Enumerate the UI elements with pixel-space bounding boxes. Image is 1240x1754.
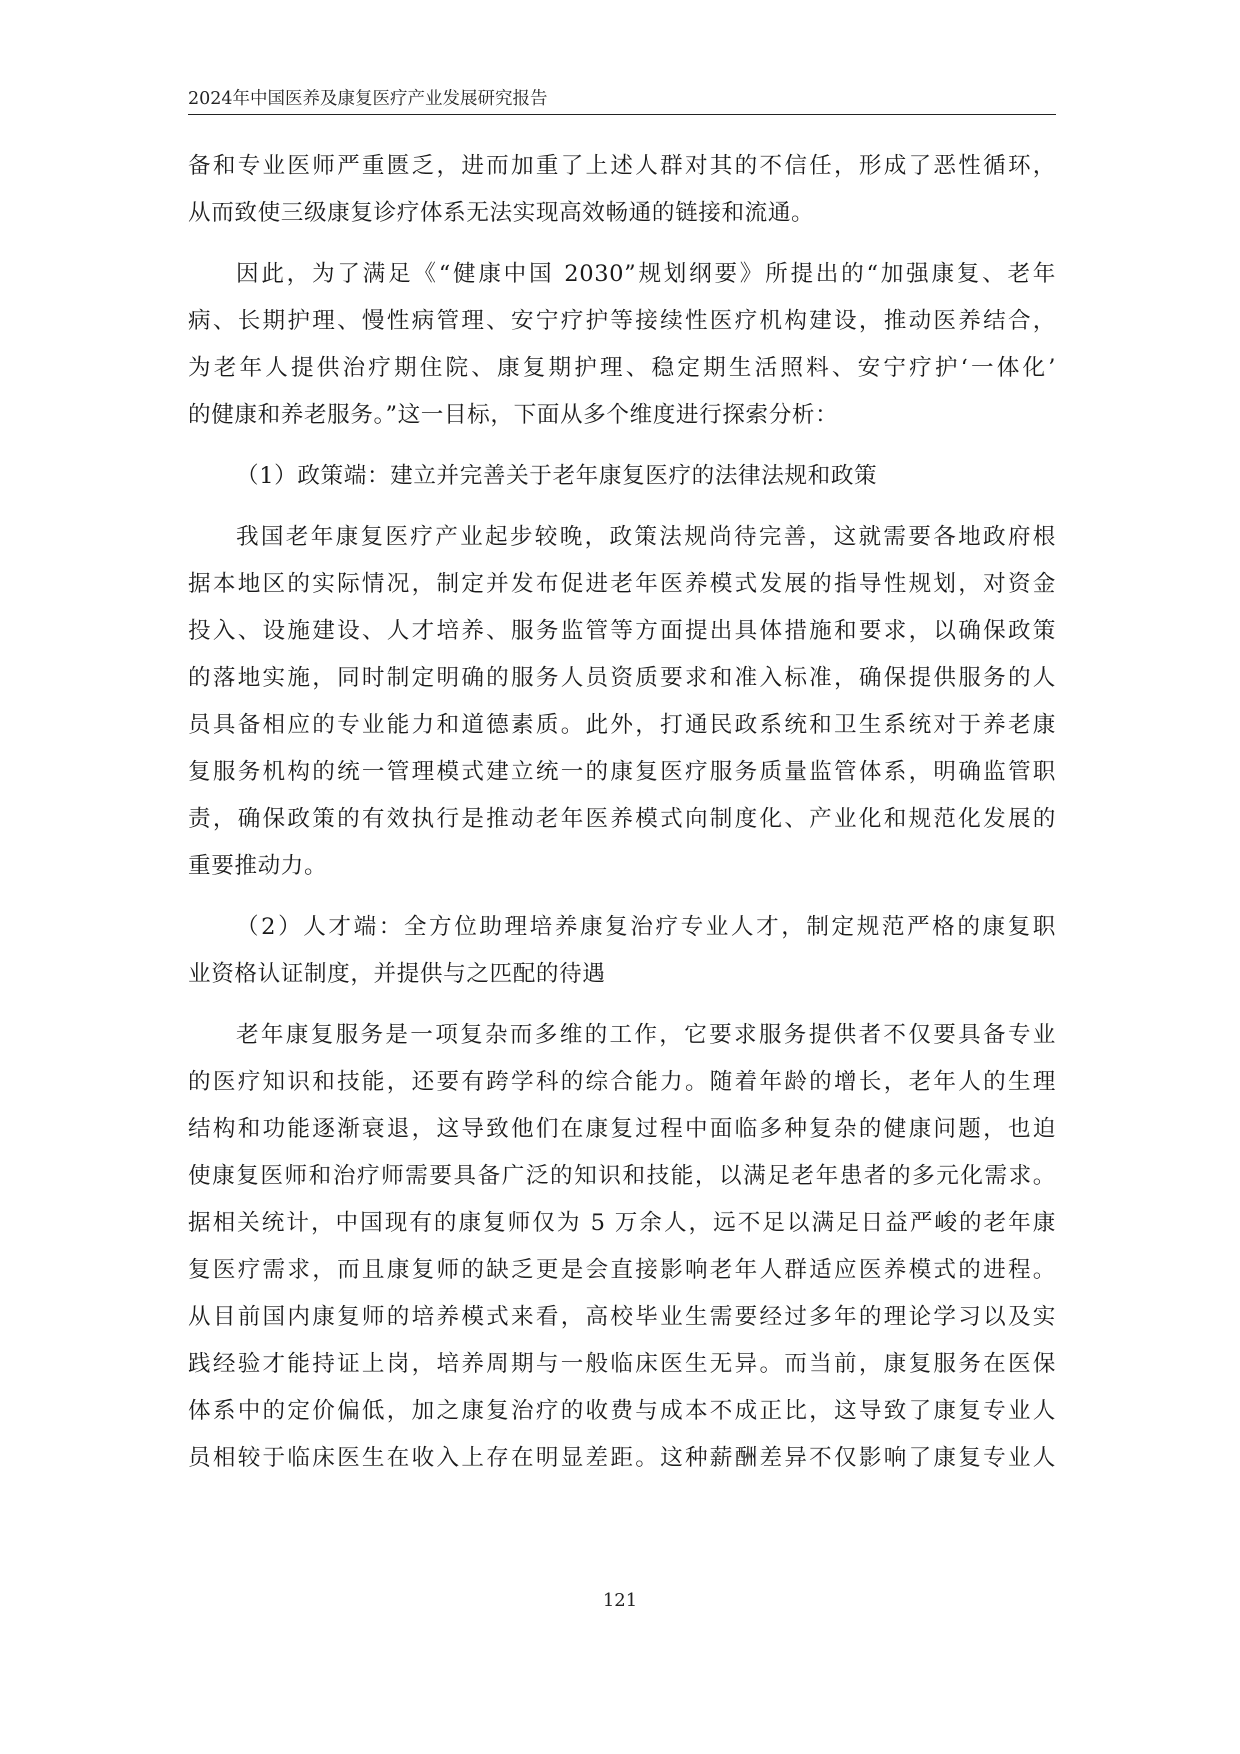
- text-line: 践经验才能持证上岗，培养周期与一般临床医生无异。而当前，康复服务在医保: [188, 1344, 1056, 1391]
- text-line: 使康复医师和治疗师需要具备广泛的知识和技能，以满足老年患者的多元化需求。: [188, 1156, 1056, 1203]
- text-line: 的落地实施，同时制定明确的服务人员资质要求和准入标准，确保提供服务的人: [188, 658, 1056, 705]
- section-heading: （1）政策端：建立并完善关于老年康复医疗的法律法规和政策: [188, 456, 1056, 503]
- text-line: 的健康和养老服务。”这一目标，下面从多个维度进行探索分析：: [188, 395, 1056, 442]
- paragraph-policy: 我国老年康复医疗产业起步较晚，政策法规尚待完善，这就需要各地政府根 据本地区的实…: [188, 517, 1056, 893]
- text-line: 病、长期护理、慢性病管理、安宁疗护等接续性医疗机构建设，推动医养结合，: [188, 301, 1056, 348]
- text-line: 我国老年康复医疗产业起步较晚，政策法规尚待完善，这就需要各地政府根: [188, 517, 1056, 564]
- section-heading: 业资格认证制度，并提供与之匹配的待遇: [188, 954, 1056, 1001]
- text-line: 重要推动力。: [188, 846, 1056, 893]
- text-line: 责，确保政策的有效执行是推动老年医养模式向制度化、产业化和规范化发展的: [188, 799, 1056, 846]
- text-line: 员具备相应的专业能力和道德素质。此外，打通民政系统和卫生系统对于养老康: [188, 705, 1056, 752]
- text-line: 备和专业医师严重匮乏，进而加重了上述人群对其的不信任，形成了恶性循环，: [188, 146, 1056, 193]
- page-number: 121: [0, 1590, 1240, 1612]
- running-header: 2024年中国医养及康复医疗产业发展研究报告: [188, 88, 1056, 115]
- text-line: 员相较于临床医生在收入上存在明显差距。这种薪酬差异不仅影响了康复专业人: [188, 1438, 1056, 1485]
- text-line: 因此，为了满足《“健康中国 2030”规划纲要》所提出的“加强康复、老年: [188, 254, 1056, 301]
- text-line: 的医疗知识和技能，还要有跨学科的综合能力。随着年龄的增长，老年人的生理: [188, 1062, 1056, 1109]
- text-line: 据相关统计，中国现有的康复师仅为 5 万余人，远不足以满足日益严峻的老年康: [188, 1203, 1056, 1250]
- subheading-talent: （2）人才端：全方位助理培养康复治疗专业人才，制定规范严格的康复职 业资格认证制…: [188, 907, 1056, 1001]
- text-line: 老年康复服务是一项复杂而多维的工作，它要求服务提供者不仅要具备专业: [188, 1015, 1056, 1062]
- text-line: 结构和功能逐渐衰退，这导致他们在康复过程中面临多种复杂的健康问题，也迫: [188, 1109, 1056, 1156]
- section-heading: （2）人才端：全方位助理培养康复治疗专业人才，制定规范严格的康复职: [188, 907, 1056, 954]
- paragraph-continuation: 备和专业医师严重匮乏，进而加重了上述人群对其的不信任，形成了恶性循环， 从而致使…: [188, 146, 1056, 240]
- text-line: 据本地区的实际情况，制定并发布促进老年医养模式发展的指导性规划，对资金: [188, 564, 1056, 611]
- subheading-policy: （1）政策端：建立并完善关于老年康复医疗的法律法规和政策: [188, 456, 1056, 503]
- text-line: 为老年人提供治疗期住院、康复期护理、稳定期生活照料、安宁疗护‘一体化’: [188, 348, 1056, 395]
- text-line: 体系中的定价偏低，加之康复治疗的收费与成本不成正比，这导致了康复专业人: [188, 1391, 1056, 1438]
- text-line: 投入、设施建设、人才培养、服务监管等方面提出具体措施和要求，以确保政策: [188, 611, 1056, 658]
- paragraph-talent: 老年康复服务是一项复杂而多维的工作，它要求服务提供者不仅要具备专业 的医疗知识和…: [188, 1015, 1056, 1485]
- text-line: 从目前国内康复师的培养模式来看，高校毕业生需要经过多年的理论学习以及实: [188, 1297, 1056, 1344]
- text-line: 复服务机构的统一管理模式建立统一的康复医疗服务质量监管体系，明确监管职: [188, 752, 1056, 799]
- text-line: 复医疗需求，而且康复师的缺乏更是会直接影响老年人群适应医养模式的进程。: [188, 1250, 1056, 1297]
- paragraph-healthy-china-2030: 因此，为了满足《“健康中国 2030”规划纲要》所提出的“加强康复、老年 病、长…: [188, 254, 1056, 442]
- body-text: 备和专业医师严重匮乏，进而加重了上述人群对其的不信任，形成了恶性循环， 从而致使…: [188, 146, 1056, 1485]
- report-title: 2024年中国医养及康复医疗产业发展研究报告: [188, 88, 1056, 110]
- text-line: 从而致使三级康复诊疗体系无法实现高效畅通的链接和流通。: [188, 193, 1056, 240]
